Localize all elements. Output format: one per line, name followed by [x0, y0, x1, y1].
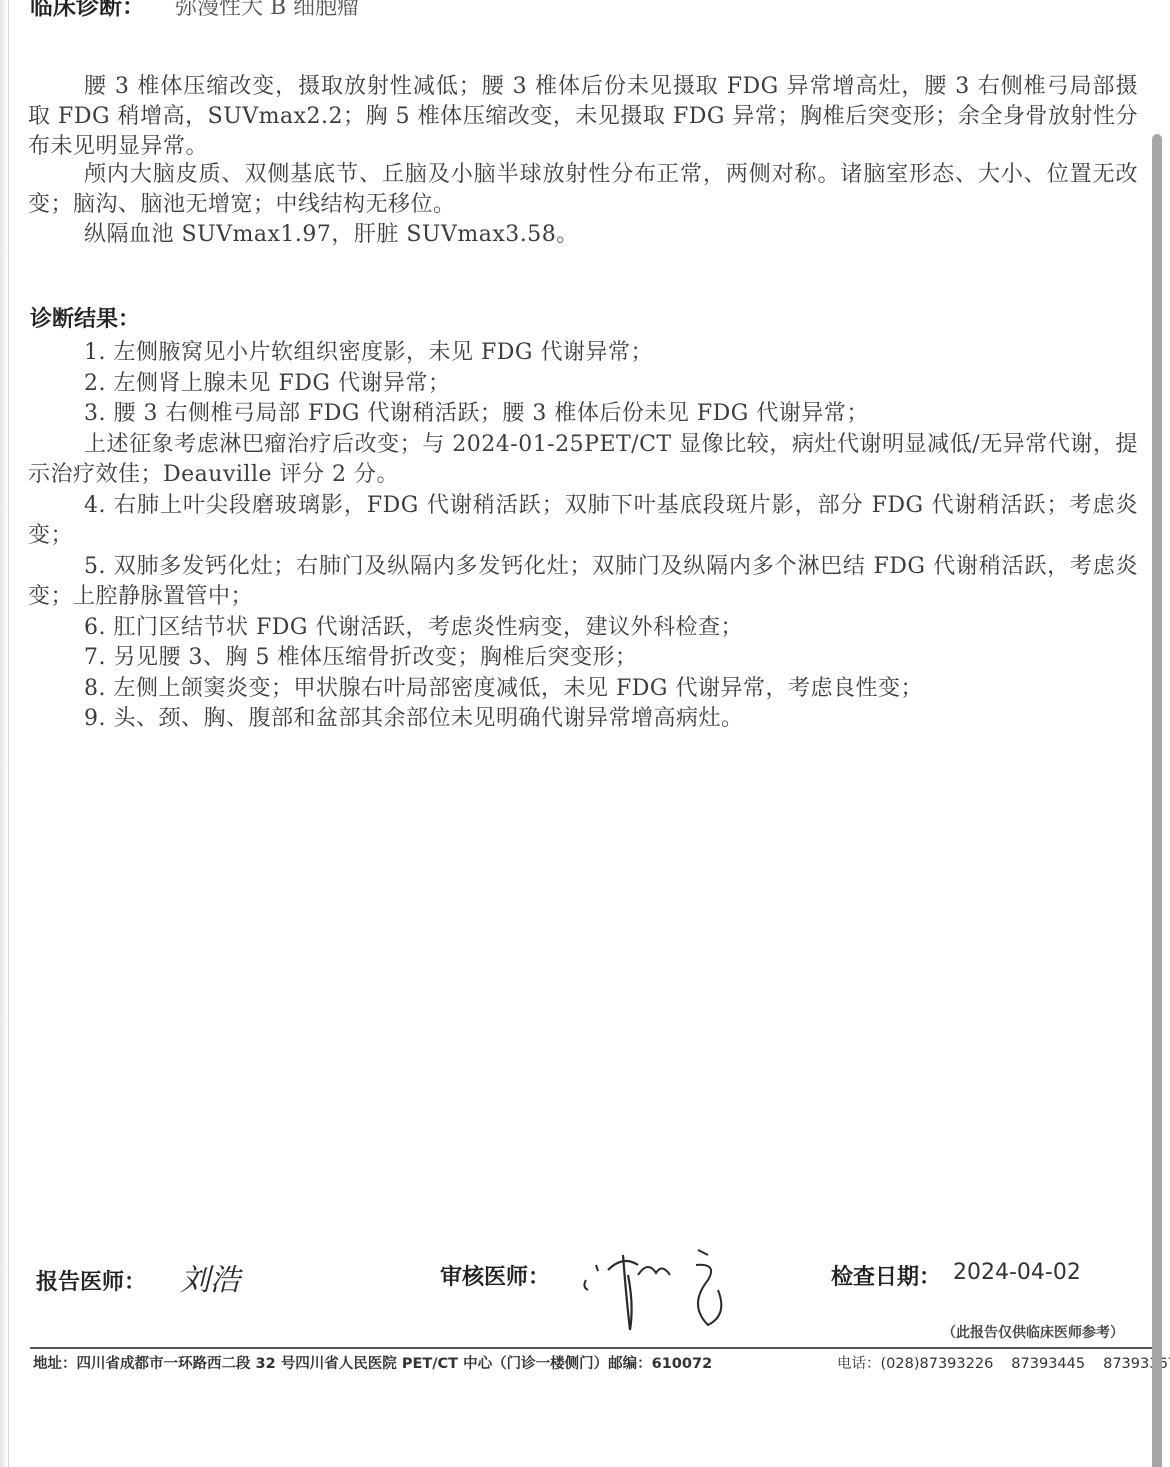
footer: 地址：四川省成都市一环路西二段 32 号四川省人民医院 PET/CT 中心（门诊…	[33, 1352, 1153, 1373]
findings-section: 腰 3 椎体压缩改变，摄取放射性减低；腰 3 椎体后份未见摄取 FDG 异常增高…	[28, 72, 1138, 250]
diagnosis-results-title: 诊断结果：	[30, 302, 140, 333]
diagnosis-summary: 上述征象考虑淋巴瘤治疗后改变；与 2024-01-25PET/CT 显像比较，病…	[28, 430, 1138, 491]
reporting-doctor-signature: 刘浩	[180, 1255, 240, 1299]
clinical-diagnosis-row: 临床诊断： 弥漫性大 B 细胞瘤	[30, 0, 359, 21]
footer-divider	[30, 1347, 1152, 1349]
disclaimer-note: （此报告仅供临床医师参考）	[942, 1322, 1124, 1342]
page-edge-line	[8, 0, 9, 1467]
phone-number: (028)87393226	[881, 1356, 994, 1372]
reviewing-doctor-label: 审核医师：	[440, 1260, 550, 1291]
diagnosis-item: 7. 另见腰 3、胸 5 椎体压缩骨折改变；胸椎后突变形；	[28, 643, 1138, 674]
scrollbar-thumb[interactable]	[1152, 134, 1162, 1467]
diagnosis-item: 8. 左侧上颌窦炎变；甲状腺右叶局部密度减低，未见 FDG 代谢异常，考虑良性变…	[28, 674, 1138, 705]
diagnosis-item: 1. 左侧腋窝见小片软组织密度影，未见 FDG 代谢异常；	[28, 338, 1138, 369]
finding-paragraph: 纵隔血池 SUVmax1.97，肝脏 SUVmax3.58。	[28, 220, 1138, 250]
footer-phone: 电话：(028)873932268739344587393367	[837, 1352, 1170, 1373]
diagnosis-results-list: 1. 左侧腋窝见小片软组织密度影，未见 FDG 代谢异常； 2. 左侧肾上腺未见…	[28, 338, 1138, 735]
exam-date-label: 检查日期：	[831, 1260, 941, 1291]
diagnosis-item: 4. 右肺上叶尖段磨玻璃影，FDG 代谢稍活跃；双肺下叶基底段斑片影，部分 FD…	[28, 491, 1138, 552]
reviewing-doctor-signature-icon	[578, 1235, 748, 1335]
footer-address: 地址：四川省成都市一环路西二段 32 号四川省人民医院 PET/CT 中心（门诊…	[33, 1356, 712, 1372]
clinical-diagnosis-value: 弥漫性大 B 细胞瘤	[175, 0, 359, 21]
reporting-doctor-label: 报告医师：	[36, 1265, 146, 1296]
clinical-diagnosis-label: 临床诊断：	[30, 0, 145, 21]
diagnosis-item: 5. 双肺多发钙化灶；右肺门及纵隔内多发钙化灶；双肺门及纵隔内多个淋巴结 FDG…	[28, 552, 1138, 613]
finding-paragraph: 腰 3 椎体压缩改变，摄取放射性减低；腰 3 椎体后份未见摄取 FDG 异常增高…	[28, 72, 1138, 162]
diagnosis-item: 6. 肛门区结节状 FDG 代谢活跃，考虑炎性病变，建议外科检查；	[28, 613, 1138, 644]
diagnosis-item: 9. 头、颈、胸、腹部和盆部其余部位未见明确代谢异常增高病灶。	[28, 704, 1138, 735]
diagnosis-item: 3. 腰 3 右侧椎弓局部 FDG 代谢稍活跃；腰 3 椎体后份未见 FDG 代…	[28, 399, 1138, 430]
page-edge-shadow	[0, 0, 8, 1467]
phone-number: 87393445	[1011, 1356, 1085, 1372]
exam-date-value: 2024-04-02	[953, 1260, 1081, 1285]
finding-paragraph: 颅内大脑皮质、双侧基底节、丘脑及小脑半球放射性分布正常，两侧对称。诸脑室形态、大…	[28, 160, 1138, 220]
diagnosis-item: 2. 左侧肾上腺未见 FDG 代谢异常；	[28, 369, 1138, 400]
phone-label: 电话：	[837, 1356, 881, 1372]
